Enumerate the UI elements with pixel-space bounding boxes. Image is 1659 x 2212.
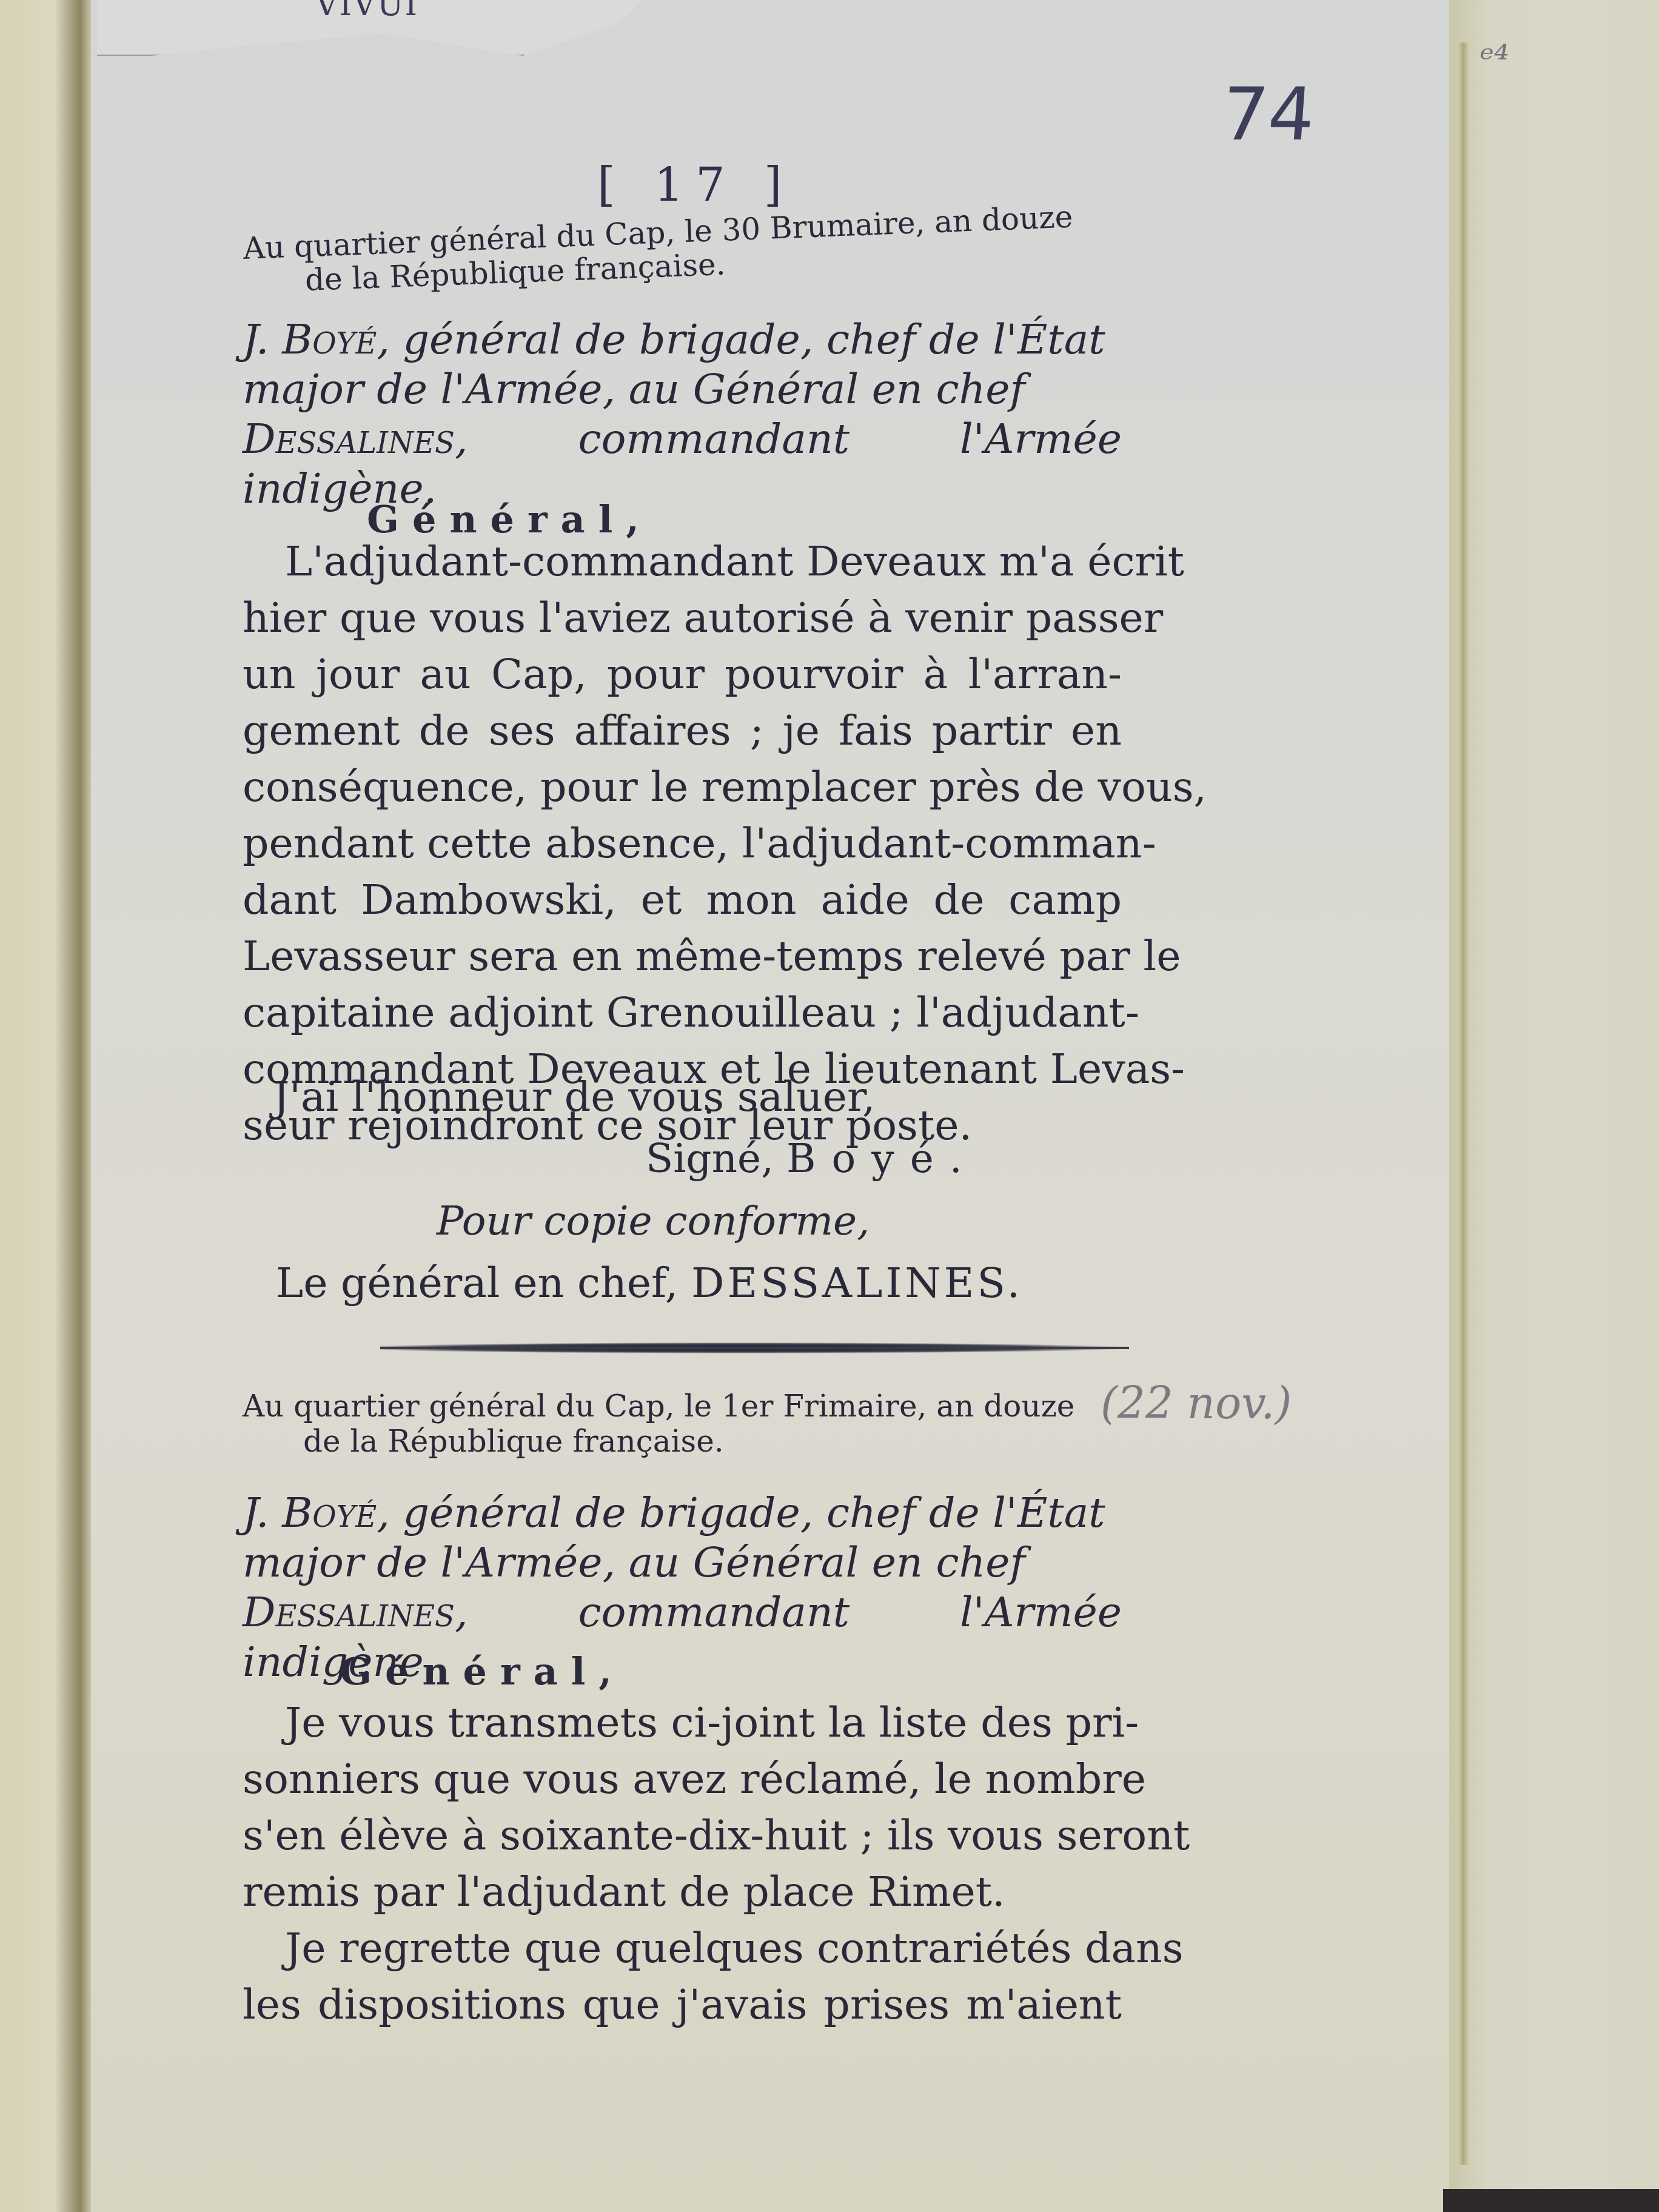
body-line: dant Dambowski, et mon aide de camp bbox=[243, 872, 1122, 928]
body-line: L'adjudant-commandant Deveaux m'a écrit bbox=[243, 534, 1122, 590]
body-line: Je vous transmets ci-joint la liste des … bbox=[243, 1695, 1122, 1751]
sender-name: Boyé bbox=[282, 316, 377, 364]
letter-1-address: J. Boyé, général de brigade, chef de l'É… bbox=[243, 315, 1122, 514]
signatory-name: DESSALINES. bbox=[691, 1259, 1023, 1307]
copy-conforme-note: Pour copie conforme, bbox=[243, 1198, 1316, 1244]
letter-1-signature: Signé, Boyé. bbox=[243, 1135, 1525, 1182]
torn-fragment-text: VIVUI bbox=[315, 0, 418, 23]
section-divider-rule bbox=[380, 1342, 1129, 1353]
body-line: s'en élève à soixante-dix-huit ; ils vou… bbox=[243, 1808, 1122, 1864]
body-line: pendant cette absence, l'adjudant-comman… bbox=[243, 816, 1122, 872]
pencil-date-annotation: (22 nov.) bbox=[1101, 1378, 1292, 1429]
body-line: Je regrette que quelques contrariétés da… bbox=[243, 1920, 1122, 1977]
body-line: capitaine adjoint Grenouilleau ; l'adjud… bbox=[243, 985, 1122, 1041]
letter-1-body: L'adjudant-commandant Deveaux m'a écrit … bbox=[243, 534, 1122, 1154]
corner-pencil-mark: ᵉ⁴ bbox=[1480, 36, 1509, 81]
body-line: les dispositions que j'avais prises m'ai… bbox=[243, 1977, 1122, 2033]
letter-2-body: Je vous transmets ci-joint la liste des … bbox=[243, 1695, 1122, 2033]
signatory-title: Le général en chef, bbox=[276, 1259, 691, 1307]
page-fold-stain bbox=[1458, 42, 1469, 2165]
sender-name: Boyé bbox=[282, 1489, 377, 1537]
facing-page bbox=[1449, 0, 1659, 2212]
letter-1-closing: J'ai l'honneur de vous saluer, bbox=[243, 1073, 1152, 1121]
copy-signatory: Le général en chef, DESSALINES. bbox=[243, 1259, 1155, 1307]
signer-name: Boyé. bbox=[786, 1135, 978, 1182]
address-initial: J. bbox=[243, 1489, 282, 1537]
letter-2-salutation: Général, bbox=[243, 1649, 1219, 1694]
address-line-1: J. Boyé, général de brigade, chef de l'É… bbox=[243, 1489, 1122, 1538]
body-line: remis par l'adjudant de place Rimet. bbox=[243, 1864, 1122, 1920]
shadow-corner bbox=[1443, 2189, 1659, 2212]
body-line: un jour au Cap, pour pourvoir à l'arran- bbox=[243, 646, 1122, 703]
address-line-2: major de l'Armée, au Général en chef bbox=[243, 365, 1122, 415]
signed-prefix: Signé, bbox=[646, 1135, 786, 1182]
address-line-1: J. Boyé, général de brigade, chef de l'É… bbox=[243, 315, 1122, 365]
handwritten-folio-number: 74 bbox=[1219, 73, 1317, 157]
address-initial: J. bbox=[243, 316, 282, 364]
letter-2-dateline: Au quartier général du Cap, le 1er Frima… bbox=[243, 1389, 1122, 1459]
body-line: Levasseur sera en même-temps relevé par … bbox=[243, 928, 1122, 985]
recipient-name: Dessalines bbox=[243, 415, 455, 463]
address-line-1-rest: , général de brigade, chef de l'État bbox=[377, 316, 1105, 364]
address-line-2: major de l'Armée, au Général en chef bbox=[243, 1538, 1122, 1588]
page-number: [ 17 ] bbox=[597, 158, 794, 212]
body-line: gement de ses affaires ; je fais partir … bbox=[243, 703, 1122, 759]
body-line: conséquence, pour le remplacer près de v… bbox=[243, 759, 1122, 816]
dateline-line-2: de la République française. bbox=[243, 1424, 1122, 1459]
address-line-1-rest: , général de brigade, chef de l'État bbox=[377, 1489, 1105, 1537]
left-page-edge bbox=[0, 0, 91, 2212]
body-line: hier que vous l'aviez autorisé à venir p… bbox=[243, 590, 1122, 646]
recipient-name: Dessalines bbox=[243, 1589, 455, 1637]
body-line: sonniers que vous avez réclamé, le nombr… bbox=[243, 1751, 1122, 1808]
dateline-line-1: Au quartier général du Cap, le 1er Frima… bbox=[243, 1389, 1074, 1424]
